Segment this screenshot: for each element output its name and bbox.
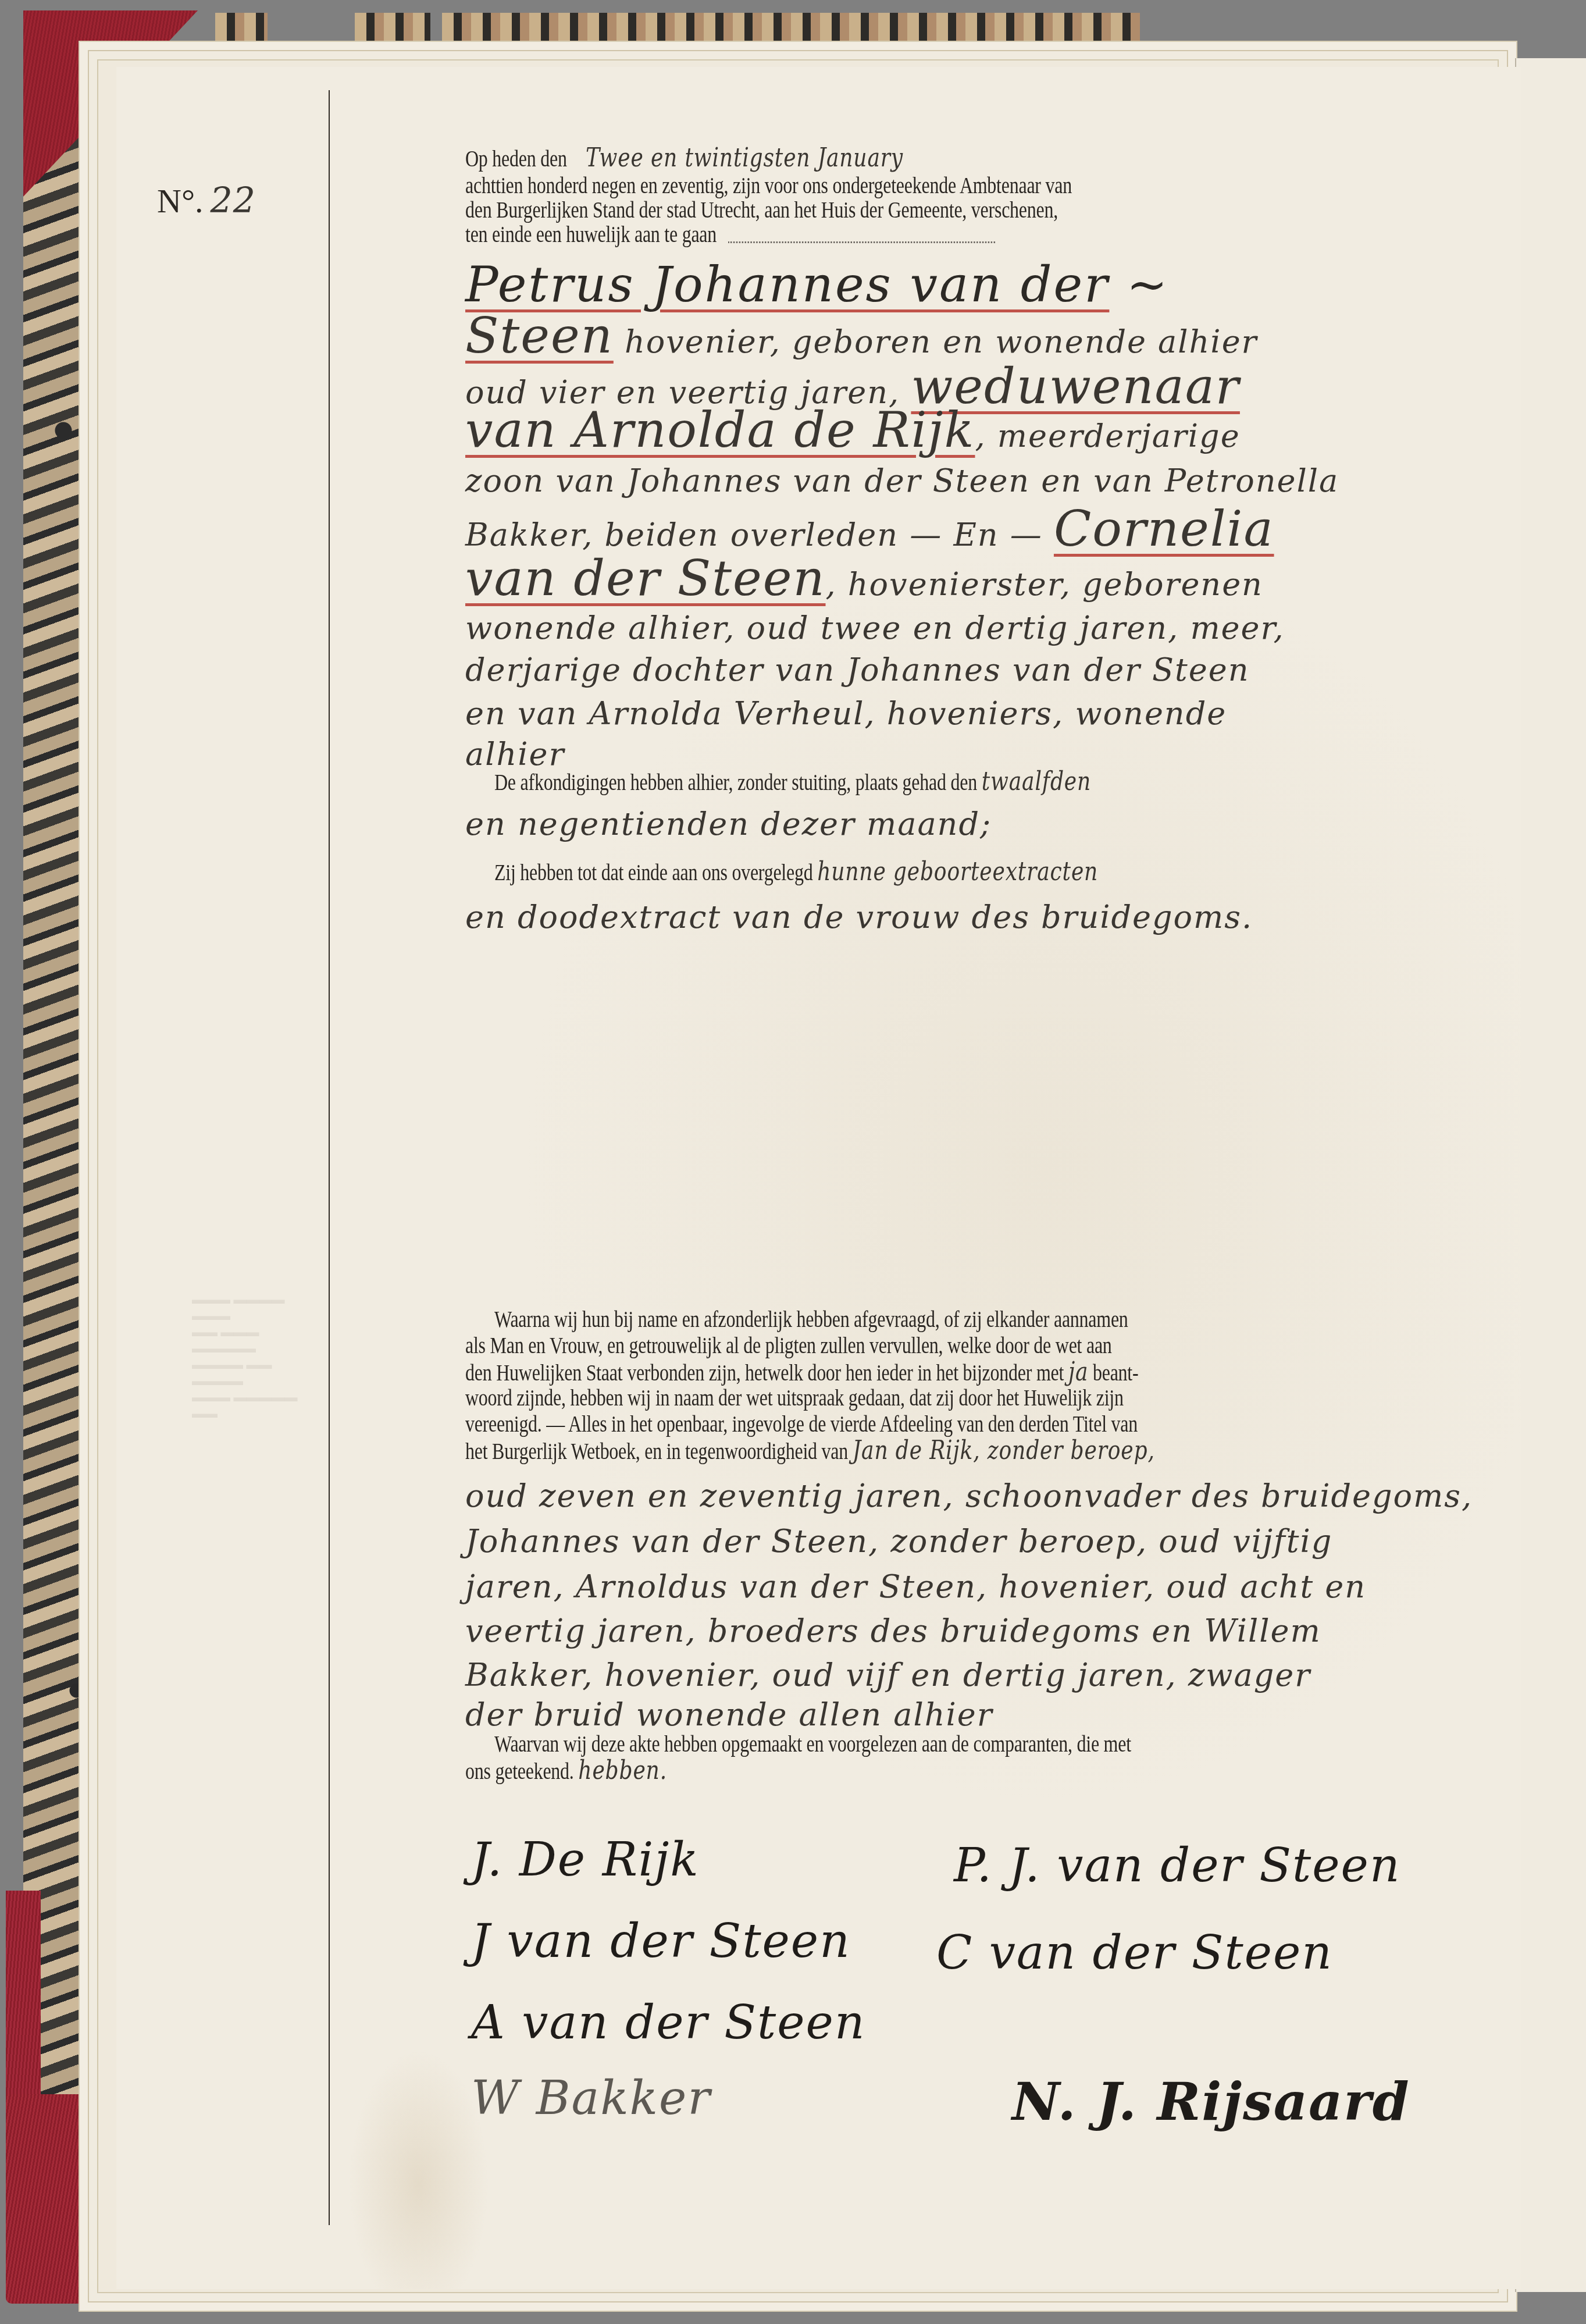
groom-parents-line: zoon van Johannes van der Steen en van P… <box>465 462 1339 499</box>
declaration-line-2: als Man en Vrouw, en getrouwelijk al de … <box>465 1332 1466 1360</box>
signature-w-bakker: W Bakker <box>471 2071 711 2125</box>
printed-text: ons geteekend. <box>465 1759 574 1784</box>
proclamations-line-2: en negentienden dezer maand; <box>465 806 992 842</box>
documents-line: Zij hebben tot dat einde aan ons overgel… <box>494 858 1314 887</box>
declaration-line-6: het Burgerlijk Wetboek, en in tegenwoord… <box>465 1437 1466 1466</box>
closing-line-1: Waarvan wij deze akte hebben opgemaakt e… <box>494 1731 1467 1759</box>
late-wife-name: van Arnolda de Rijk <box>465 401 975 458</box>
bride-line-3: wonende alhier, oud twee en dertig jaren… <box>465 610 1285 646</box>
bleed-through-text: ▬▬▬ ▬▬▬▬ ▬▬▬▬▬ ▬▬▬ ▬▬▬▬▬▬▬▬▬ ▬▬ ▬▬▬▬▬▬▬ … <box>192 1291 320 1422</box>
signature-groom: P. J. van der Steen <box>954 1838 1400 1892</box>
declaration-line-1: Waarna wij hun bij name en afzonderlijk … <box>494 1306 1467 1334</box>
bride-line-6: alhier <box>465 736 565 773</box>
proclamations-line: De afkondigingen hebben alhier, zonder s… <box>494 768 1314 797</box>
declaration-line-4: woord zijnde, hebben wij in naam der wet… <box>465 1385 1466 1412</box>
groom-name: Petrus Johannes van der <box>465 256 1109 313</box>
witness-1: Jan de Rijk, zonder beroep, <box>853 1436 1155 1465</box>
groom-name-line: Petrus Johannes van der ~ <box>465 256 1170 313</box>
groom-occupation: hovenier, geboren en wonende alhier <box>625 323 1257 360</box>
opening-line-2: achttien honderd negen en zeventig, zijn… <box>465 172 1285 200</box>
bride-first-name: Cornelia <box>1054 500 1274 557</box>
witness-line: Bakker, hovenier, oud vijf en dertig jar… <box>465 1657 1311 1693</box>
groom-surname: Steen <box>465 307 614 364</box>
groom-line-4: van Arnolda de Rijk, meerderjarige <box>465 401 1241 458</box>
signature-jan-de-rijk: J. De Rijk <box>471 1832 700 1887</box>
documents-line-2: en doodextract van de vrouw des bruidego… <box>465 899 1253 935</box>
signature-bride: C van der Steen <box>936 1926 1333 1980</box>
printed-text: De afkondigingen hebben alhier, zonder s… <box>494 770 977 795</box>
facing-page-edge <box>1515 58 1586 2292</box>
answer-ja: ja <box>1068 1357 1088 1387</box>
signature-a-van-der-steen: A van der Steen <box>471 1995 865 2049</box>
entry-number-label: N°. <box>157 182 204 220</box>
parents-deceased: Bakker, beiden overleden — En — <box>465 517 1043 553</box>
witness-line: Johannes van der Steen, zonder beroep, o… <box>465 1523 1332 1560</box>
marriage-date: Twee en twintigsten January <box>586 143 903 173</box>
documents-submitted-1: hunne geboorteextracten <box>817 857 1098 887</box>
opening-line-1: Op heden den Twee en twintigsten January <box>465 144 1285 173</box>
printed-text: ten einde een huwelijk aan te gaan <box>465 222 717 247</box>
entry-number: N°.22 <box>157 180 256 221</box>
closing-handwritten: hebben. <box>578 1756 667 1785</box>
groom-line-2: Steen hovenier, geboren en wonende alhie… <box>465 307 1257 364</box>
witness-line: oud zeven en zeventig jaren, schoonvader… <box>465 1478 1473 1514</box>
bride-surname: van der Steen <box>465 550 826 607</box>
margin-rule <box>329 90 330 2225</box>
groom-parents-line-2: Bakker, beiden overleden — En — Cornelia <box>465 500 1274 557</box>
bride-line-4: derjarige dochter van Johannes van der S… <box>465 652 1249 688</box>
signature-registrar: N. J. Rijsaard <box>1012 2071 1410 2133</box>
entry-number-value: 22 <box>211 180 256 221</box>
witness-line: der bruid wonende allen alhier <box>465 1696 993 1733</box>
printed-text: beant- <box>1093 1361 1138 1386</box>
bride-occupation: , hovenierster, geborenen <box>826 566 1263 603</box>
printed-text: Zij hebben tot dat einde aan ons overgel… <box>494 860 812 885</box>
opening-line-3: den Burgerlijken Stand der stad Utrecht,… <box>465 197 1285 225</box>
witness-line: veertig jaren, broeders des bruidegoms e… <box>465 1613 1321 1649</box>
declaration-line-5: vereenigd. — Alles in het openbaar, inge… <box>465 1411 1466 1439</box>
bride-line-2: van der Steen, hovenierster, geborenen <box>465 550 1263 607</box>
groom-majority: , meerderjarige <box>975 418 1240 454</box>
printed-text: den Huwelijken Staat verbonden zijn, het… <box>465 1361 1064 1386</box>
witness-line: jaren, Arnoldus van der Steen, hovenier,… <box>465 1568 1366 1605</box>
printed-text: het Burgerlijk Wetboek, en in tegenwoord… <box>465 1439 848 1464</box>
opening-line-4: ten einde een huwelijk aan te gaan <box>465 221 1285 249</box>
bride-line-5: en van Arnolda Verheul, hoveniers, wonen… <box>465 695 1227 732</box>
declaration-line-3: den Huwelijken Staat verbonden zijn, het… <box>465 1358 1466 1387</box>
closing-line-2: ons geteekend. hebben. <box>465 1757 1466 1786</box>
signature-j-van-der-steen: J van der Steen <box>471 1914 851 1968</box>
proclamation-date-1: twaalfden <box>982 767 1091 796</box>
printed-text: Op heden den <box>465 147 567 172</box>
filler-line <box>728 231 995 243</box>
